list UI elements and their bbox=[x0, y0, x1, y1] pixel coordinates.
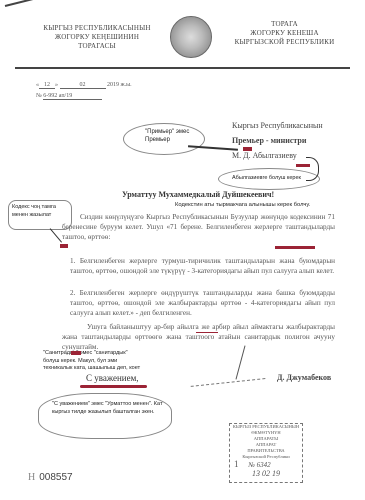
header-right-line-1: ТОРАГА bbox=[222, 20, 347, 29]
header-left: КЫРГЫЗ РЕСПУБЛИКАСЫНЫН ЖОГОРКУ КЕҢЕШИНИН… bbox=[22, 24, 172, 51]
stamp-number: № 6342 bbox=[248, 461, 270, 469]
paragraph-proposal: Ушуга байланыштуу ар-бир айылга же арбир… bbox=[62, 322, 335, 352]
state-emblem-icon bbox=[170, 16, 212, 58]
header-right: ТОРАГА ЖОГОРКУ КЕНЕША КЫРГЫЗСКОЙ РЕСПУБЛ… bbox=[222, 20, 347, 47]
number-value: 6-992 ап/19 bbox=[43, 93, 102, 100]
date-day: 12 bbox=[39, 82, 55, 89]
addressee-line-1: Кыргыз Республикасынын bbox=[232, 118, 323, 133]
serial-value: 008557 bbox=[39, 472, 72, 483]
addressee-line-2: Премьер - министри bbox=[232, 133, 323, 148]
underline-closing bbox=[80, 385, 147, 388]
error-mark-codex bbox=[60, 244, 68, 248]
arrow-capital bbox=[50, 228, 62, 243]
document-date: «12» 02 2019 ж.ы. bbox=[36, 82, 132, 88]
header-left-line-1: КЫРГЫЗ РЕСПУБЛИКАСЫНЫН bbox=[22, 24, 172, 33]
annotation-capital: Кодекс чоң тамга менен жазылат bbox=[12, 203, 68, 219]
paragraph-intro: Сиздин көңүлүңүзгө Кыргыз Республикасыны… bbox=[62, 212, 335, 242]
annotation-closing: "С уважением" эмес "Урматтоо менен". Кат… bbox=[52, 400, 167, 416]
date-suffix: ж.ы. bbox=[121, 82, 132, 88]
annotation-codex-name: Кодекстин аты тырмакчага алынышы керек б… bbox=[175, 201, 310, 209]
error-mark-premier bbox=[243, 147, 252, 151]
date-year: 2019 bbox=[107, 82, 119, 88]
header-left-line-2: ЖОГОРКУ КЕҢЕШИНИН bbox=[22, 33, 172, 42]
number-prefix: № bbox=[36, 93, 42, 99]
header-left-line-3: ТОРАГАСЫ bbox=[22, 42, 172, 51]
header-right-line-2: ЖОГОРКУ КЕНЕША bbox=[222, 29, 347, 38]
header-divider bbox=[15, 67, 350, 69]
serial-number: Н008557 bbox=[28, 472, 73, 483]
signature bbox=[190, 368, 266, 387]
date-month: 02 bbox=[60, 82, 106, 89]
document-number: № 6-992 ап/19 bbox=[36, 93, 102, 99]
list-item-2: 2. Белгиленбеген жерлерге өндүрүштүк таш… bbox=[70, 288, 335, 318]
underline-arbir bbox=[196, 332, 218, 333]
error-mark-berene bbox=[275, 246, 315, 249]
list-item-1: 1. Белгиленбеген жерлерге турмуш-тиричил… bbox=[70, 256, 335, 276]
scan-mark bbox=[5, 0, 49, 7]
error-mark-sanitary bbox=[71, 351, 81, 355]
salutation: Урматтуу Мухаммедкалый Дуйшекеевич! bbox=[122, 190, 274, 199]
registration-stamp: КЫРГЫЗ РЕСПУБЛИКАСЫНЫН ӨКМӨТҮНҮН АППАРАТ… bbox=[229, 423, 303, 483]
annotation-premier: "Примьер" эмес Премьер bbox=[145, 128, 195, 144]
stamp-pages: 1 bbox=[234, 459, 239, 469]
serial-prefix: Н bbox=[28, 472, 35, 483]
header-right-line-3: КЫРГЫЗСКОЙ РЕСПУБЛИКИ bbox=[222, 38, 347, 47]
stamp-date: 13 02 19 bbox=[230, 469, 302, 478]
signatory-name: Д. Джумабеков bbox=[277, 373, 331, 382]
stamp-number-row: 1 № 6342 bbox=[230, 460, 302, 469]
annotation-sanitary: "Санитрадык" эмес "санитардык" болуш кер… bbox=[43, 350, 143, 373]
closing-phrase: С уважением, bbox=[86, 373, 139, 383]
annotation-abylgaziev: Абылгазиевге болуш керек bbox=[232, 174, 301, 182]
